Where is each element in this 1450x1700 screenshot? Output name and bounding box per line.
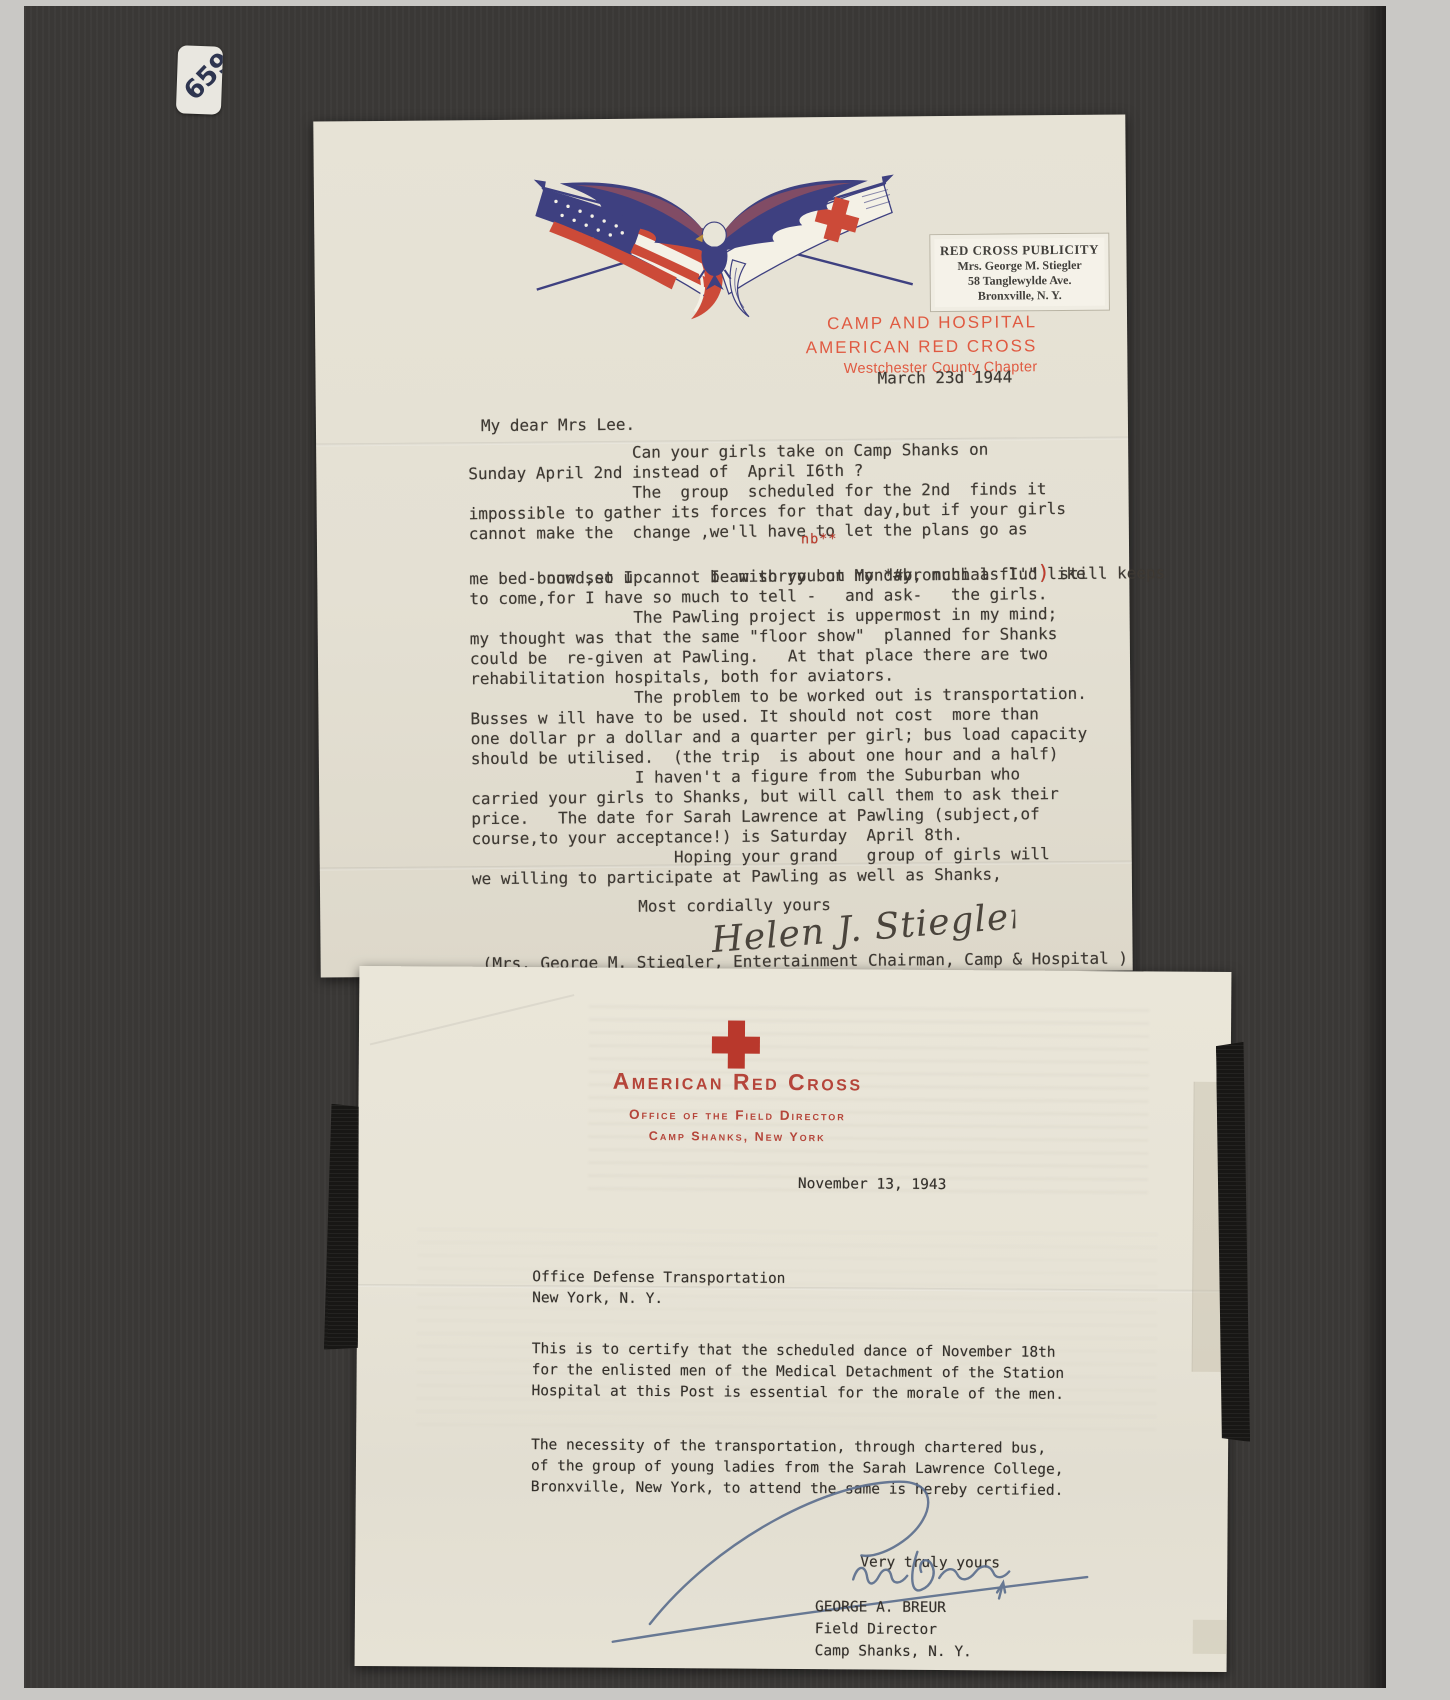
album-page: 659	[24, 6, 1386, 1688]
arc-office-line: Office of the Field Director	[476, 1106, 998, 1125]
red-cross-icon	[712, 1020, 760, 1068]
letterhead-line: CAMP AND HOSPITAL	[805, 310, 1037, 336]
stamp-line: Mrs. George M. Stiegler	[957, 257, 1081, 273]
scrapbook-scan: 659	[0, 0, 1450, 1700]
salutation: My dear Mrs Lee.	[481, 415, 635, 436]
letter-date: November 13, 1943	[798, 1174, 947, 1196]
letter-stiegler: RED CROSS PUBLICITY Mrs. George M. Stieg…	[313, 114, 1132, 977]
stamp-line: RED CROSS PUBLICITY	[940, 241, 1099, 258]
letter-body-part1: Can your girls take on Camp Shanks on Su…	[468, 439, 1066, 544]
archive-number: 659	[176, 45, 223, 115]
stamp-line: Bronxville, N. Y.	[978, 288, 1062, 304]
archive-number-sticker: 659	[176, 45, 223, 115]
clear-tape	[1193, 1620, 1227, 1654]
arc-location-line: Camp Shanks, New York	[476, 1128, 998, 1146]
letterhead-line: AMERICAN RED CROSS	[806, 334, 1038, 360]
black-tape-right	[1216, 1042, 1250, 1442]
signer-location: Camp Shanks, N. Y.	[815, 1641, 972, 1663]
letter-paragraph: This is to certify that the scheduled da…	[531, 1339, 1064, 1406]
publicity-stamp: RED CROSS PUBLICITY Mrs. George M. Stieg…	[929, 233, 1110, 313]
arc-org-title: American Red Cross	[477, 1067, 999, 1098]
letter-body-part2: me bed-bound,so I cannot be with you on …	[469, 564, 1088, 889]
paper-fold	[370, 994, 575, 1045]
recipient-address: Office Defense Transportation New York, …	[532, 1267, 785, 1311]
signer-name: GEORGE A. BREUR	[815, 1597, 946, 1619]
letter-breur: American Red Cross Office of the Field D…	[355, 966, 1232, 1672]
signer-title: Field Director	[815, 1619, 937, 1641]
eagle-flags-letterhead	[464, 154, 965, 323]
black-tape-left	[324, 1104, 362, 1351]
stamp-line: 58 Tanglewylde Ave.	[968, 272, 1072, 288]
red-ink-annotation: nb**	[801, 529, 838, 549]
archive-number-text: 659	[178, 47, 223, 107]
letter-date: March 23d 1944	[877, 367, 1012, 388]
